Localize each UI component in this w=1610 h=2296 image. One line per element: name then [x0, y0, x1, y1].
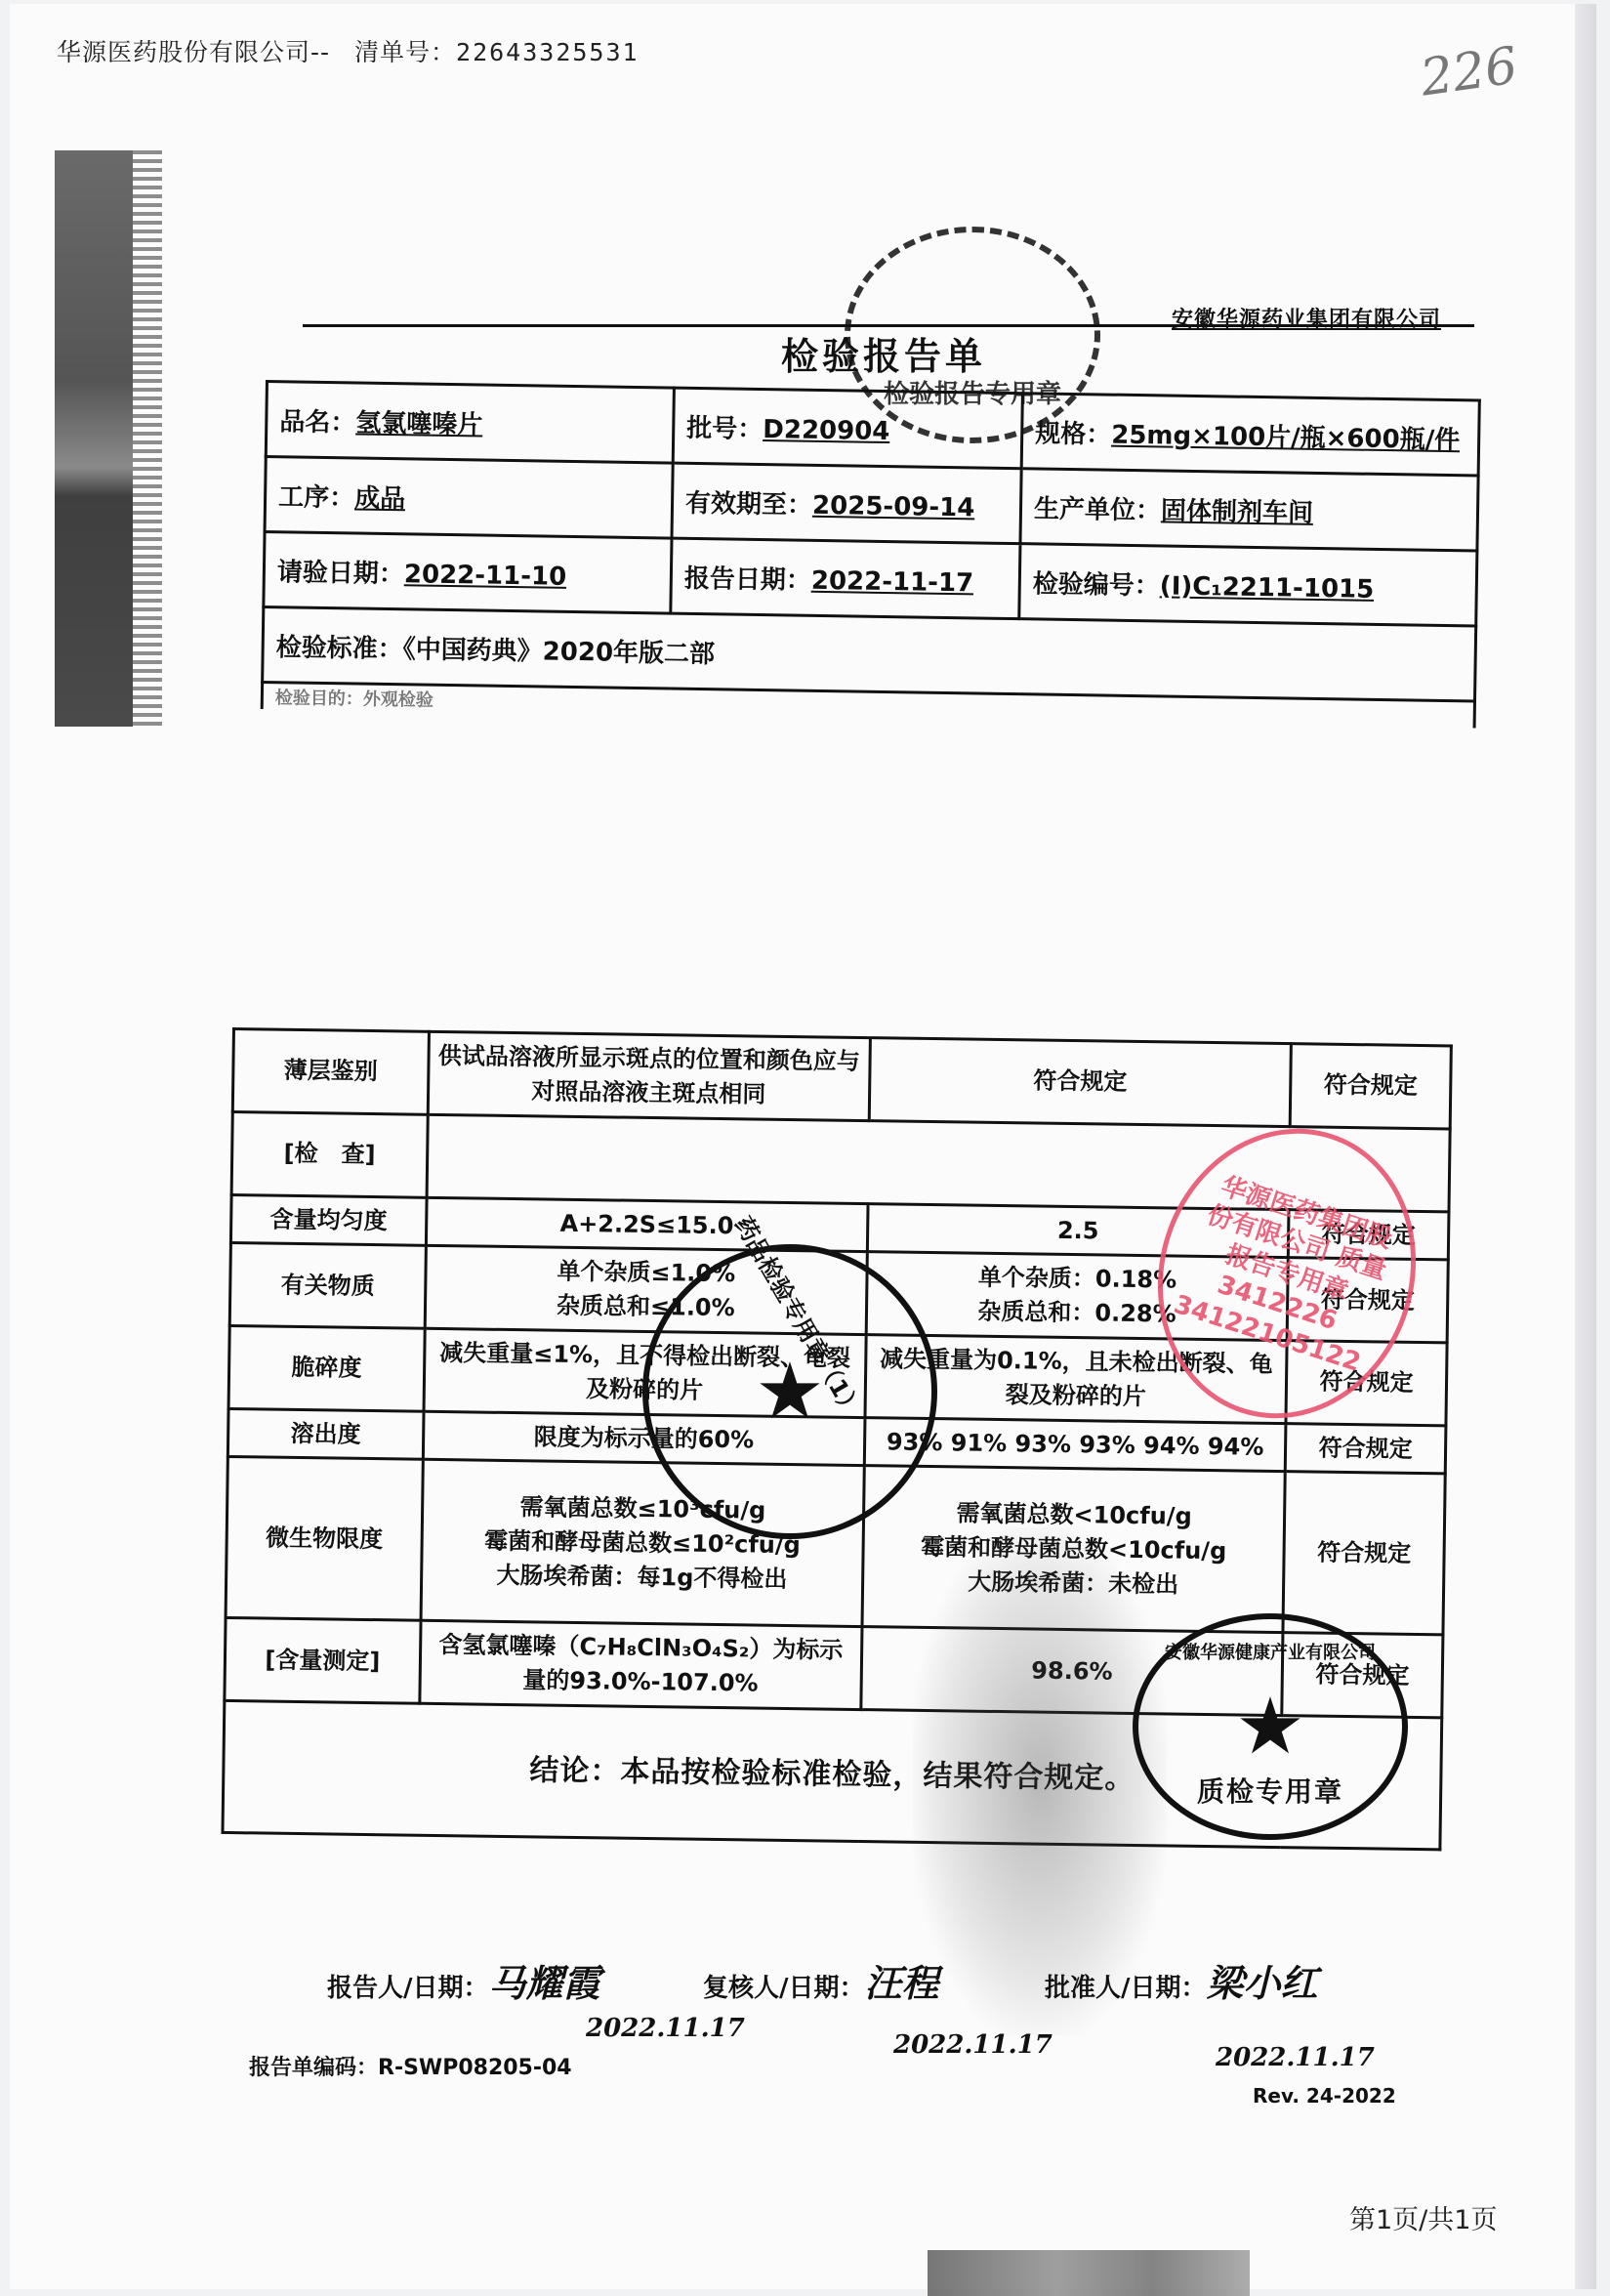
header-list-number: 22643325531: [456, 38, 640, 66]
request-date: 2022-11-10: [404, 560, 567, 592]
form-number: 报告单编码：R-SWP08205-04: [249, 2051, 572, 2081]
report-date: 2022-11-17: [811, 565, 974, 598]
report-date-cell: 报告日期：2022-11-17: [671, 538, 1020, 619]
test-item: 有关物质: [229, 1243, 426, 1328]
header-company: 华源医药股份有限公司--: [57, 38, 330, 66]
scanned-page: 华源医药股份有限公司-- 清单号：22643325531 226 安徽华源药业集…: [10, 4, 1596, 2289]
test-number-cell: 检验编号：(I)C₁2211-1015: [1019, 544, 1477, 626]
page-edge-shadow: [1575, 4, 1596, 2289]
handwritten-note: 226: [1417, 36, 1521, 107]
test-conclusion: 符合规定: [1286, 1423, 1446, 1474]
test-result: 符合规定: [869, 1038, 1292, 1127]
expiry-cell: 有效期至：2025-09-14: [672, 463, 1021, 544]
spec: 25mg×100片/瓶×600瓶/件: [1111, 420, 1460, 455]
producer-cell: 生产单位：固体制剂车间: [1020, 469, 1478, 551]
test-item: 薄层鉴别: [232, 1029, 429, 1114]
test-item: [含量测定]: [225, 1618, 421, 1703]
expiry-date: 2025-09-14: [812, 490, 975, 522]
issuer-name: 安徽华源药业集团有限公司: [1172, 303, 1441, 333]
test-item: 脆碎度: [228, 1325, 425, 1410]
request-date-cell: 请验日期：2022-11-10: [264, 532, 672, 614]
test-standard: 供试品溶液所显示斑点的位置和颜色应与对照品溶液主斑点相同: [428, 1031, 870, 1120]
section-heading: [检 查]: [231, 1111, 428, 1197]
batch-number: D220904: [763, 415, 890, 446]
qc-stamp: 安徽华源健康产业有限公司 ★ 质检专用章: [1133, 1613, 1408, 1840]
reporter-date: 2022.11.17: [586, 2014, 745, 2043]
product-name: 氢氯噻嗪片: [355, 408, 482, 439]
inspection-stamp: 检验报告专用章: [845, 227, 1100, 443]
reviewer-signature: 复核人/日期：汪程: [703, 1953, 939, 2007]
header-list-label: 清单号：: [354, 38, 456, 66]
process-cell: 工序：成品: [265, 457, 673, 539]
test-conclusion: 符合规定: [1290, 1044, 1451, 1129]
process: 成品: [354, 483, 405, 514]
document-header: 华源医药股份有限公司-- 清单号：22643325531: [57, 33, 640, 68]
test-conclusion: 符合规定: [1283, 1472, 1445, 1635]
scan-smear: [928, 2250, 1250, 2296]
approver-date: 2022.11.17: [1216, 2043, 1375, 2072]
test-item: 溶出度: [227, 1408, 423, 1460]
page-indicator: 第1页/共1页: [1349, 2198, 1497, 2236]
reporter-signature: 报告人/日期：马耀霞: [327, 1953, 600, 2007]
scan-artifact-bar: [55, 150, 133, 727]
report-info-table: 品名：氢氯噻嗪片 批号：D220904 规格：25mg×100片/瓶×600瓶/…: [261, 380, 1481, 729]
test-number: (I)C₁2211-1015: [1160, 571, 1375, 604]
test-standard: 含氢氯噻嗪（C₇H₈ClN₃O₄S₂）为标示量的93.0%-107.0%: [420, 1621, 862, 1710]
spec-cell: 规格：25mg×100片/瓶×600瓶/件: [1021, 394, 1479, 476]
approver-signature: 批准人/日期：梁小红: [1045, 1953, 1318, 2007]
product-name-cell: 品名：氢氯噻嗪片: [266, 382, 674, 464]
star-icon: ★: [1235, 1688, 1305, 1766]
test-item: 微生物限度: [226, 1457, 423, 1621]
test-item: 含量均匀度: [230, 1194, 426, 1246]
producer: 固体制剂车间: [1161, 496, 1313, 527]
drug-inspection-stamp: ★ 药品检验专用章（1）: [642, 1244, 937, 1539]
reviewer-date: 2022.11.17: [893, 2030, 1053, 2060]
test-standard: 《中国药典》2020年版二部: [402, 635, 715, 669]
revision-label: Rev. 24-2022: [1253, 2084, 1396, 2108]
